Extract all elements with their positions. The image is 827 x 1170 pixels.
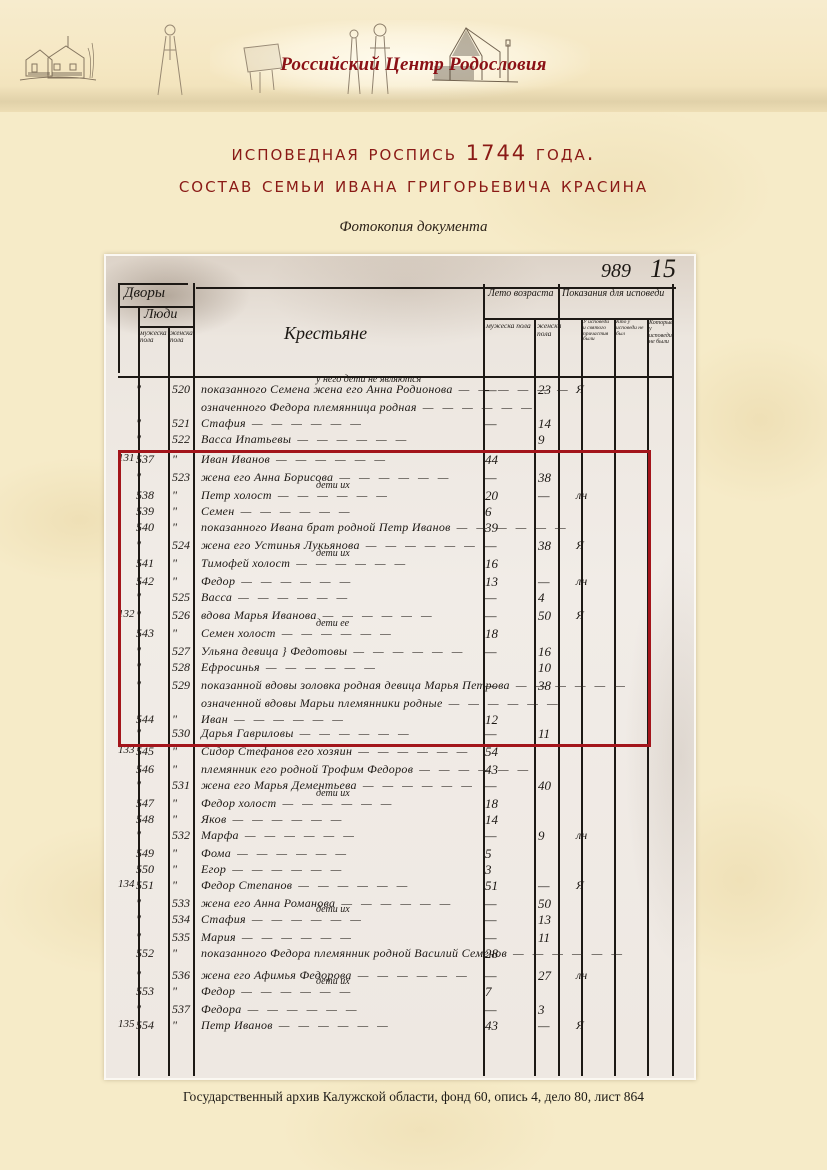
male-number: ": [136, 930, 141, 945]
female-number: ": [172, 878, 177, 893]
person-name: Федор Степанов: [201, 878, 410, 893]
person-name: означенного Федора племянница родная: [201, 400, 535, 415]
page-title-line-1: Исповедная роспись 1744 года.: [0, 137, 827, 169]
table-row: 552"показанного Федора племянник родной …: [106, 946, 694, 962]
table-row: "531жена его Марья Дементьева—40: [106, 778, 694, 794]
age-female: 40: [538, 778, 551, 794]
table-row: 549"Фома5: [106, 846, 694, 862]
header-banner: Российский Центр Родословия: [0, 0, 827, 112]
age-male: —: [485, 416, 497, 432]
age-male: 43: [485, 1018, 498, 1034]
male-number: 546: [136, 762, 154, 777]
person-name: Фома: [201, 846, 349, 861]
header-households: Дворы: [124, 286, 165, 302]
age-male: —: [485, 828, 497, 844]
table-row: "537Федора—3: [106, 1002, 694, 1018]
male-number: 547: [136, 796, 154, 811]
age-male: —: [485, 896, 497, 912]
age-male: 5: [485, 846, 492, 862]
page-title-line-2: Состав семьи Ивана Григорьевича Красина: [0, 169, 827, 201]
age-male: 3: [485, 862, 492, 878]
table-row: 553"Федор7дети их: [106, 984, 694, 1000]
person-name: племянник его родной Трофим Федоров: [201, 762, 531, 777]
document-photocopy: 989 15 Дворы Люди мужеска пола женска по…: [104, 254, 696, 1080]
person-name: показанного Федора племянник родной Васи…: [201, 946, 625, 961]
age-female: 3: [538, 1002, 545, 1018]
table-row: "521Стафия—14: [106, 416, 694, 432]
age-female: 11: [538, 930, 550, 946]
female-number: 531: [172, 778, 190, 793]
header-conf-col3: Которые у исповеди не были: [649, 320, 675, 345]
age-male: 14: [485, 812, 498, 828]
person-name: Марфа: [201, 828, 357, 843]
confession-mark: Я: [576, 1018, 584, 1033]
male-number: ": [136, 416, 141, 431]
table-row: "533жена его Анна Романова—50: [106, 896, 694, 912]
age-female: 50: [538, 896, 551, 912]
row-annotation: дети их: [316, 976, 350, 987]
age-male: 51: [485, 878, 498, 894]
household-number: 135: [118, 1018, 135, 1030]
age-female: —: [538, 878, 550, 894]
page-number-value: 989: [601, 260, 631, 282]
female-number: ": [172, 796, 177, 811]
age-male: 18: [485, 796, 498, 812]
age-male: —: [485, 1002, 497, 1018]
male-number: ": [136, 382, 141, 397]
person-name: Яков: [201, 812, 344, 827]
male-number: ": [136, 828, 141, 843]
female-number: ": [172, 846, 177, 861]
person-name: Петр Иванов: [201, 1018, 391, 1033]
female-number: ": [172, 984, 177, 999]
male-number: 554: [136, 1018, 154, 1033]
table-row: "520показанного Семена жена его Анна Род…: [106, 382, 694, 398]
person-name: Федор холост: [201, 796, 394, 811]
female-number: 534: [172, 912, 190, 927]
male-number: 551: [136, 878, 154, 893]
table-row: означенного Федора племянница родная: [106, 400, 694, 416]
document-scan: 989 15 Дворы Люди мужеска пола женска по…: [106, 256, 694, 1078]
header-age-male: мужеска пола: [486, 322, 534, 330]
row-annotation: дети их: [316, 788, 350, 799]
male-number: ": [136, 432, 141, 447]
male-number: ": [136, 968, 141, 983]
household-number: 134: [118, 878, 135, 890]
age-male: —: [485, 382, 497, 398]
male-number: 549: [136, 846, 154, 861]
document-subtitle: Фотокопия документа: [0, 219, 827, 236]
side-number: 15: [650, 256, 676, 283]
table-row: "532Марфа—9лн: [106, 828, 694, 844]
female-number: ": [172, 1018, 177, 1033]
female-number: 532: [172, 828, 190, 843]
age-female: 23: [538, 382, 551, 398]
age-male: 7: [485, 984, 492, 1000]
header-confession: Показания для исповеди: [562, 289, 670, 300]
age-female: 9: [538, 828, 545, 844]
female-number: 522: [172, 432, 190, 447]
header-ages: Лето возраста: [488, 289, 558, 300]
header-female: женска пола: [170, 330, 192, 345]
female-number: 533: [172, 896, 190, 911]
page-number: 989 15: [601, 256, 676, 284]
person-name: Егор: [201, 862, 344, 877]
female-number: ": [172, 862, 177, 877]
person-name: Мария: [201, 930, 354, 945]
female-number: ": [172, 762, 177, 777]
age-female: —: [538, 1018, 550, 1034]
male-number: 552: [136, 946, 154, 961]
age-female: 9: [538, 432, 545, 448]
female-number: 521: [172, 416, 190, 431]
table-row: 135554"Петр Иванов43—Я: [106, 1018, 694, 1034]
male-number: ": [136, 778, 141, 793]
highlighted-family-frame: [118, 450, 651, 747]
male-number: 553: [136, 984, 154, 999]
row-annotation: дети их: [316, 904, 350, 915]
table-row: 547"Федор холост18дети их: [106, 796, 694, 812]
age-female: 27: [538, 968, 551, 984]
male-number: 550: [136, 862, 154, 877]
header-peasants: Крестьяне: [284, 324, 367, 343]
header-conf-col1: У исповеди и святого причастия были: [583, 320, 613, 343]
site-title: Российский Центр Родословия: [0, 54, 827, 76]
confession-mark: Я: [576, 878, 584, 893]
person-name: Васса Ипатьевы: [201, 432, 409, 447]
archive-citation: Государственный архив Калужской области,…: [0, 1089, 827, 1105]
confession-mark: Я: [576, 382, 584, 397]
age-male: 43: [485, 762, 498, 778]
female-number: ": [172, 812, 177, 827]
female-number: 537: [172, 1002, 190, 1017]
female-number: 520: [172, 382, 190, 397]
table-row: "534Стафия—13дети их: [106, 912, 694, 928]
row-annotation: у него дети не являются: [316, 374, 421, 385]
table-row: 546"племянник его родной Трофим Федоров4…: [106, 762, 694, 778]
age-female: 13: [538, 912, 551, 928]
age-male: —: [485, 778, 497, 794]
header-people: Люди: [144, 308, 177, 323]
age-male: —: [485, 912, 497, 928]
age-male: —: [485, 968, 497, 984]
age-male: —: [485, 930, 497, 946]
female-number: ": [172, 946, 177, 961]
confession-mark: лн: [576, 828, 587, 843]
grid-line: [138, 326, 193, 328]
header-age-female: женска пола: [537, 322, 558, 338]
page-title: Исповедная роспись 1744 года. Состав сем…: [0, 137, 827, 201]
table-row: "522Васса Ипатьевы9: [106, 432, 694, 448]
table-row: 548"Яков14: [106, 812, 694, 828]
person-name: Федора: [201, 1002, 360, 1017]
table-row: 550"Егор3: [106, 862, 694, 878]
confession-mark: лн: [576, 968, 587, 983]
male-number: ": [136, 1002, 141, 1017]
header-male: мужеска пола: [140, 330, 168, 345]
female-number: 535: [172, 930, 190, 945]
age-female: 14: [538, 416, 551, 432]
table-row: "536жена его Афимья Федорова—27лн: [106, 968, 694, 984]
grid-line: [118, 283, 120, 373]
male-number: 548: [136, 812, 154, 827]
male-number: ": [136, 896, 141, 911]
table-row: 134551"Федор Степанов51—Я: [106, 878, 694, 894]
age-male: 28: [485, 946, 498, 962]
person-name: Стафия: [201, 416, 364, 431]
male-number: ": [136, 912, 141, 927]
female-number: 536: [172, 968, 190, 983]
table-row: "535Мария—11: [106, 930, 694, 946]
header-conf-col2: Кто у исповеди не был: [616, 320, 646, 337]
